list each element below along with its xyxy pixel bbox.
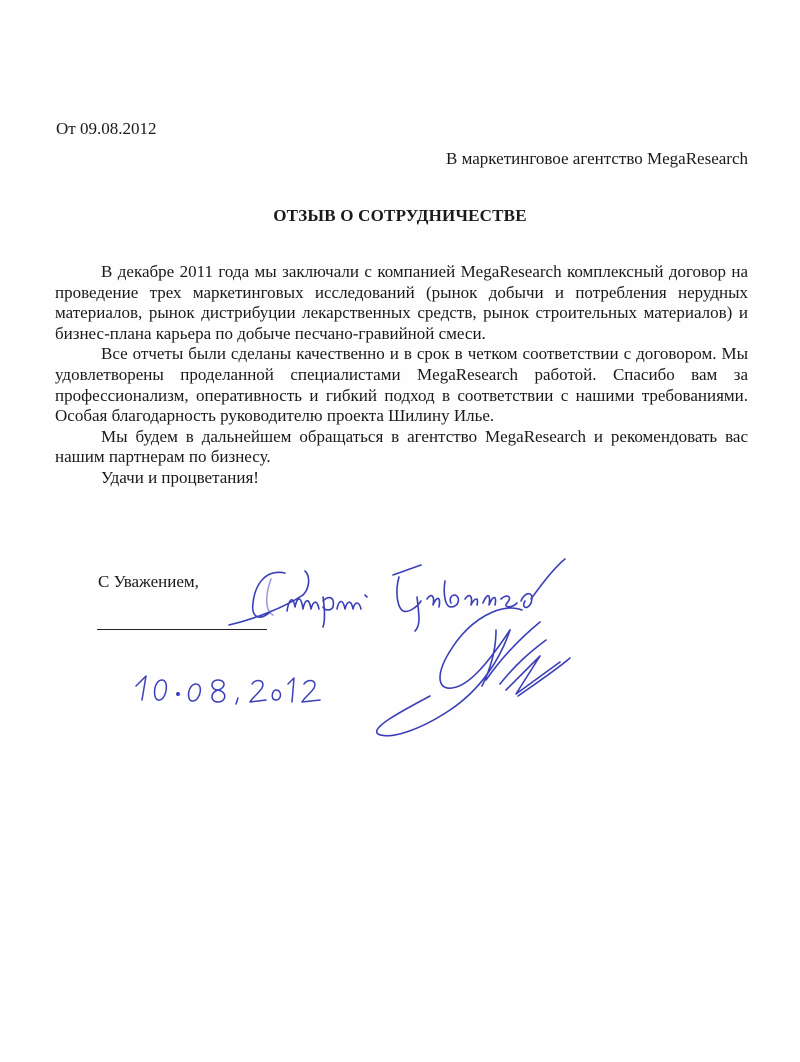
addressee: В маркетинговое агентство MegaResearch — [446, 149, 748, 169]
signature — [370, 600, 590, 740]
paragraph: В декабре 2011 года мы заключали с компа… — [55, 262, 748, 344]
letter-page: От 09.08.2012 В маркетинговое агентство … — [0, 0, 800, 1062]
signature-line — [97, 629, 267, 630]
closing-salutation: С Уважением, — [98, 572, 199, 592]
letter-title: ОТЗЫВ О СОТРУДНИЧЕСТВЕ — [0, 206, 800, 226]
handwritten-date — [134, 670, 334, 710]
letter-body: В декабре 2011 года мы заключали с компа… — [55, 262, 748, 489]
paragraph: Все отчеты были сделаны качественно и в … — [55, 344, 748, 426]
handwritten-name — [225, 555, 605, 635]
paragraph: Удачи и процветания! — [55, 468, 748, 489]
paragraph: Мы будем в дальнейшем обращаться в агент… — [55, 427, 748, 468]
letter-date: От 09.08.2012 — [56, 119, 156, 139]
